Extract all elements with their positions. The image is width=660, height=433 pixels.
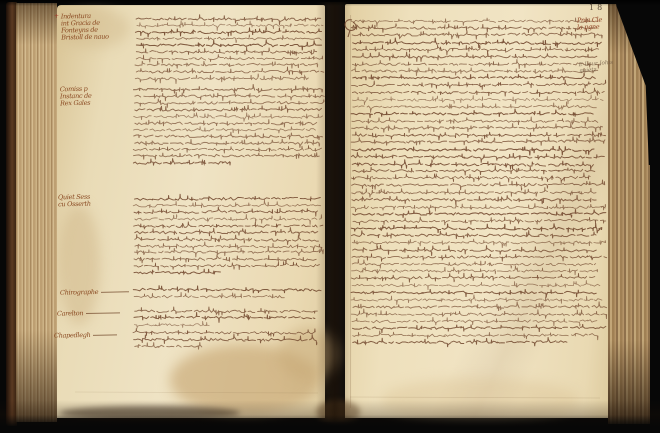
script-line	[133, 285, 321, 293]
script-line	[133, 200, 321, 208]
margin-heading: Pnia Clela pgne	[577, 17, 603, 32]
script-line	[134, 334, 317, 345]
margin-heading: Chapedlegh	[54, 331, 118, 339]
margin-heading-line: cu Osserth	[58, 201, 91, 209]
script-line	[352, 280, 600, 290]
script-line	[351, 223, 602, 233]
script-line	[353, 302, 607, 312]
script-line	[352, 180, 605, 191]
script-line	[352, 52, 596, 62]
script-line	[353, 45, 599, 56]
script-line	[352, 117, 598, 127]
script-line	[351, 173, 590, 184]
script-line	[137, 21, 323, 31]
script-line	[136, 54, 322, 63]
script-line	[135, 242, 322, 251]
handwritten-text-ink	[0, 0, 660, 433]
script-line	[135, 227, 318, 236]
script-line	[134, 207, 318, 217]
script-line	[134, 292, 284, 298]
margin-heading: E Laur Johisquietz	[579, 60, 614, 74]
script-line	[134, 222, 323, 229]
script-line	[134, 126, 316, 133]
script-line	[135, 119, 317, 127]
script-line	[351, 18, 598, 27]
script-line	[353, 337, 567, 347]
script-line	[352, 146, 594, 155]
script-line	[352, 88, 604, 97]
ruling-line	[350, 397, 600, 398]
script-line	[135, 92, 324, 101]
script-line	[134, 261, 320, 270]
script-line	[351, 295, 602, 305]
script-line	[134, 84, 323, 93]
script-line	[351, 273, 595, 283]
script-line	[352, 123, 603, 133]
script-line	[352, 80, 606, 90]
script-line	[353, 209, 606, 218]
margin-heading-line: la pgne	[577, 24, 602, 32]
margin-heading: Indenturaint Gracia deFonteyns deBristol…	[61, 13, 109, 42]
margin-heading: Comiss pInstanc deRex Gales	[60, 86, 92, 108]
script-line	[134, 152, 320, 159]
script-line	[135, 234, 319, 244]
script-line	[134, 269, 220, 275]
script-line	[134, 132, 323, 140]
script-line	[352, 254, 607, 262]
script-line	[353, 38, 602, 48]
script-line	[352, 239, 605, 248]
script-line	[353, 217, 606, 225]
margin-heading: Carelton	[57, 309, 120, 317]
margin-heading: Chirographe	[60, 288, 129, 296]
heading-lead-line	[101, 291, 129, 293]
heading-lead-line	[93, 334, 117, 336]
script-line	[135, 105, 322, 113]
script-line	[135, 139, 320, 148]
script-line	[135, 247, 324, 258]
script-line	[135, 99, 325, 108]
script-line	[133, 145, 321, 153]
script-line	[134, 113, 323, 122]
margin-heading-text: Carelton	[57, 309, 83, 318]
script-line	[352, 187, 596, 197]
script-line	[352, 317, 597, 326]
script-line	[353, 165, 595, 175]
margin-heading-text: Chapedlegh	[54, 331, 91, 340]
margin-heading: Quiet Sesscu Osserth	[58, 194, 91, 209]
script-line	[352, 95, 603, 105]
heading-lead-line	[86, 312, 120, 314]
script-line	[136, 67, 323, 75]
script-line	[135, 214, 322, 224]
script-line	[134, 321, 209, 328]
margin-heading-text: Chirographe	[60, 288, 98, 297]
script-line	[133, 328, 315, 336]
script-line	[351, 309, 606, 319]
margin-heading-line: Carelton	[57, 309, 120, 317]
margin-heading-line: Rex Gales	[60, 100, 92, 108]
script-line	[351, 203, 605, 212]
script-line	[352, 30, 602, 39]
folio-number: 18	[589, 3, 605, 12]
script-line	[135, 194, 321, 201]
script-line	[351, 109, 593, 118]
script-line	[353, 73, 596, 80]
manuscript-photo: + Indenturaint Gracia deFonteyns deBrist…	[0, 0, 660, 433]
script-line	[353, 324, 606, 333]
script-line	[352, 159, 593, 169]
script-line	[135, 307, 318, 316]
script-line	[135, 74, 308, 84]
script-line	[352, 230, 597, 239]
ruling-line	[75, 392, 318, 393]
margin-heading-line: Chapedlegh	[54, 331, 118, 339]
margin-heading-line: Bristoll de nauo	[61, 34, 109, 42]
script-line	[351, 152, 604, 163]
script-line	[352, 266, 598, 276]
script-line	[352, 259, 596, 269]
script-line	[352, 195, 596, 205]
script-line	[136, 47, 316, 56]
script-line	[136, 14, 321, 24]
script-line	[351, 24, 594, 34]
script-line	[352, 67, 598, 76]
script-line	[133, 158, 230, 165]
script-line	[135, 27, 321, 37]
script-line	[136, 40, 321, 50]
script-line	[137, 35, 322, 43]
script-line	[352, 131, 605, 140]
margin-heading-line: Chirographe	[60, 288, 129, 296]
script-line	[353, 331, 598, 340]
rubric-mark: +	[54, 13, 59, 20]
script-line	[134, 312, 315, 323]
script-line	[353, 245, 597, 256]
script-line	[351, 136, 605, 146]
script-line	[135, 342, 202, 349]
